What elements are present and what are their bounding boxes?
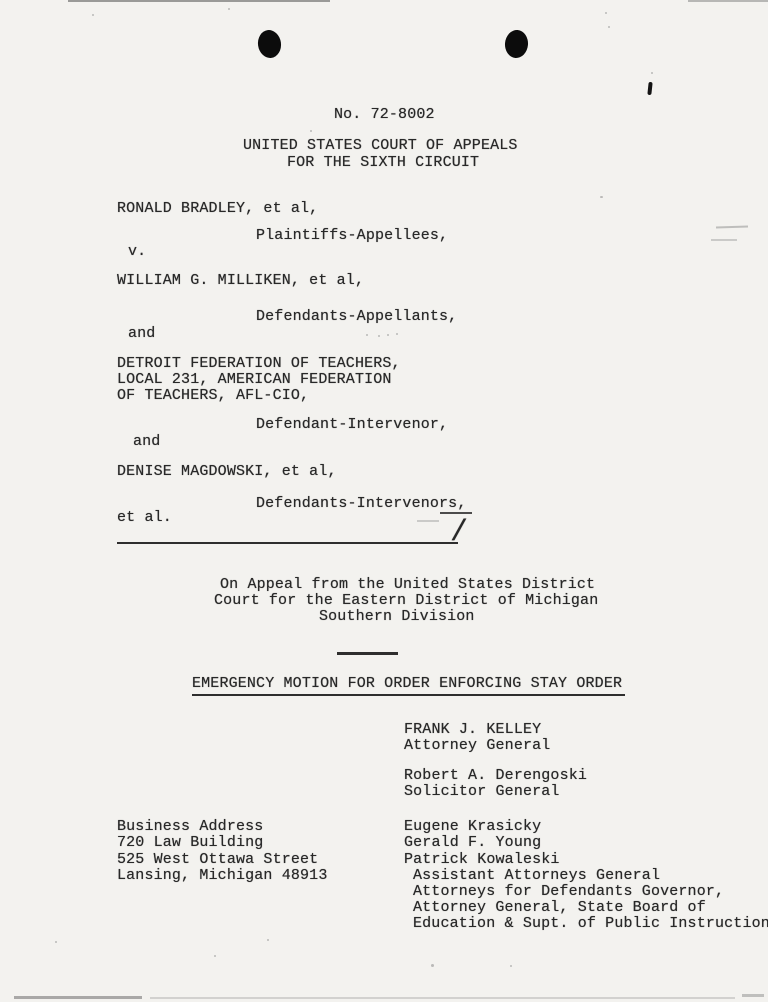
scan-speck <box>600 196 603 198</box>
plaintiff-name: RONALD BRADLEY, et al, <box>117 201 318 217</box>
pencil-dash-1 <box>716 225 748 228</box>
appeal-source-line1: On Appeal from the United States Distric… <box>220 577 595 593</box>
scan-speck <box>378 335 380 337</box>
intervenor1-line1: DETROIT FEDERATION OF TEACHERS, <box>117 356 401 372</box>
scan-speck <box>651 72 653 74</box>
attorney-title-line3: Attorney General, State Board of <box>413 900 706 916</box>
legal-document-page: No. 72-8002 UNITED STATES COURT OF APPEA… <box>0 0 768 1002</box>
defendant-name: WILLIAM G. MILLIKEN, et al, <box>117 273 364 289</box>
official-name-2: Robert A. Derengoski <box>404 768 587 784</box>
scan-speck <box>55 941 57 943</box>
address-line1: 720 Law Building <box>117 835 263 851</box>
scan-speck <box>366 334 368 336</box>
scan-speck <box>431 964 434 967</box>
intervenor1-line2: LOCAL 231, AMERICAN FEDERATION <box>117 372 392 388</box>
attorney-name-3: Patrick Kowaleski <box>404 852 560 868</box>
scan-speck <box>396 333 398 335</box>
intervenor2-role: Defendants-Intervenors, <box>256 496 466 512</box>
separator-rule <box>337 652 398 655</box>
faint-dash-marks <box>417 520 439 522</box>
address-line2: 525 West Ottawa Street <box>117 852 318 868</box>
official-title-1: Attorney General <box>404 738 550 754</box>
pencil-dash-2 <box>711 239 737 241</box>
scan-speck <box>605 12 607 14</box>
versus: v. <box>128 244 146 260</box>
attorney-title-line1: Assistant Attorneys General <box>413 868 660 884</box>
attorney-title-line4: Education & Supt. of Public Instruction <box>413 916 768 932</box>
motion-title: EMERGENCY MOTION FOR ORDER ENFORCING STA… <box>192 676 622 692</box>
scan-bottom-line-left <box>14 996 142 999</box>
binding-dot-right <box>504 29 529 59</box>
caption-rule-slash: / <box>450 518 468 548</box>
intervenor2-name: DENISE MAGDOWSKI, et al, <box>117 464 337 480</box>
connector-and-2: and <box>133 434 160 450</box>
scan-bottom-smudge <box>742 994 764 997</box>
plaintiff-role: Plaintiffs-Appellees, <box>256 228 448 244</box>
scan-speck <box>228 8 230 10</box>
official-title-2: Solicitor General <box>404 784 560 800</box>
scan-speck <box>310 130 312 132</box>
scan-top-edge-line-left <box>68 0 330 2</box>
scan-speck <box>92 14 94 16</box>
scan-speck <box>267 939 269 941</box>
caption-rule <box>117 542 458 544</box>
scan-speck <box>214 955 216 957</box>
defendant-role: Defendants-Appellants, <box>256 309 457 325</box>
court-name-line2: FOR THE SIXTH CIRCUIT <box>287 155 479 171</box>
scan-bottom-line-mid <box>150 997 735 999</box>
business-address-label: Business Address <box>117 819 263 835</box>
address-line3: Lansing, Michigan 48913 <box>117 868 327 884</box>
scan-speck <box>510 965 512 967</box>
connector-and-1: and <box>128 326 155 342</box>
scan-top-edge-line-right <box>688 0 768 2</box>
scan-speck <box>387 334 389 336</box>
scan-speck <box>608 26 610 28</box>
appeal-source-line2: Court for the Eastern District of Michig… <box>214 593 598 609</box>
court-name-line1: UNITED STATES COURT OF APPEALS <box>243 138 518 154</box>
motion-title-underline <box>192 694 625 696</box>
attorney-name-2: Gerald F. Young <box>404 835 541 851</box>
intervenor1-role: Defendant-Intervenor, <box>256 417 448 433</box>
intervenor1-line3: OF TEACHERS, AFL-CIO, <box>117 388 309 404</box>
role-trailing-underline <box>440 512 472 514</box>
attorney-title-line2: Attorneys for Defendants Governor, <box>413 884 724 900</box>
ink-tick-mark <box>647 82 652 95</box>
attorney-name-1: Eugene Krasicky <box>404 819 541 835</box>
binding-dot-left <box>256 29 283 60</box>
official-name-1: FRANK J. KELLEY <box>404 722 541 738</box>
appeal-source-line3: Southern Division <box>319 609 475 625</box>
et-al: et al. <box>117 510 172 526</box>
case-number: No. 72-8002 <box>334 107 435 123</box>
